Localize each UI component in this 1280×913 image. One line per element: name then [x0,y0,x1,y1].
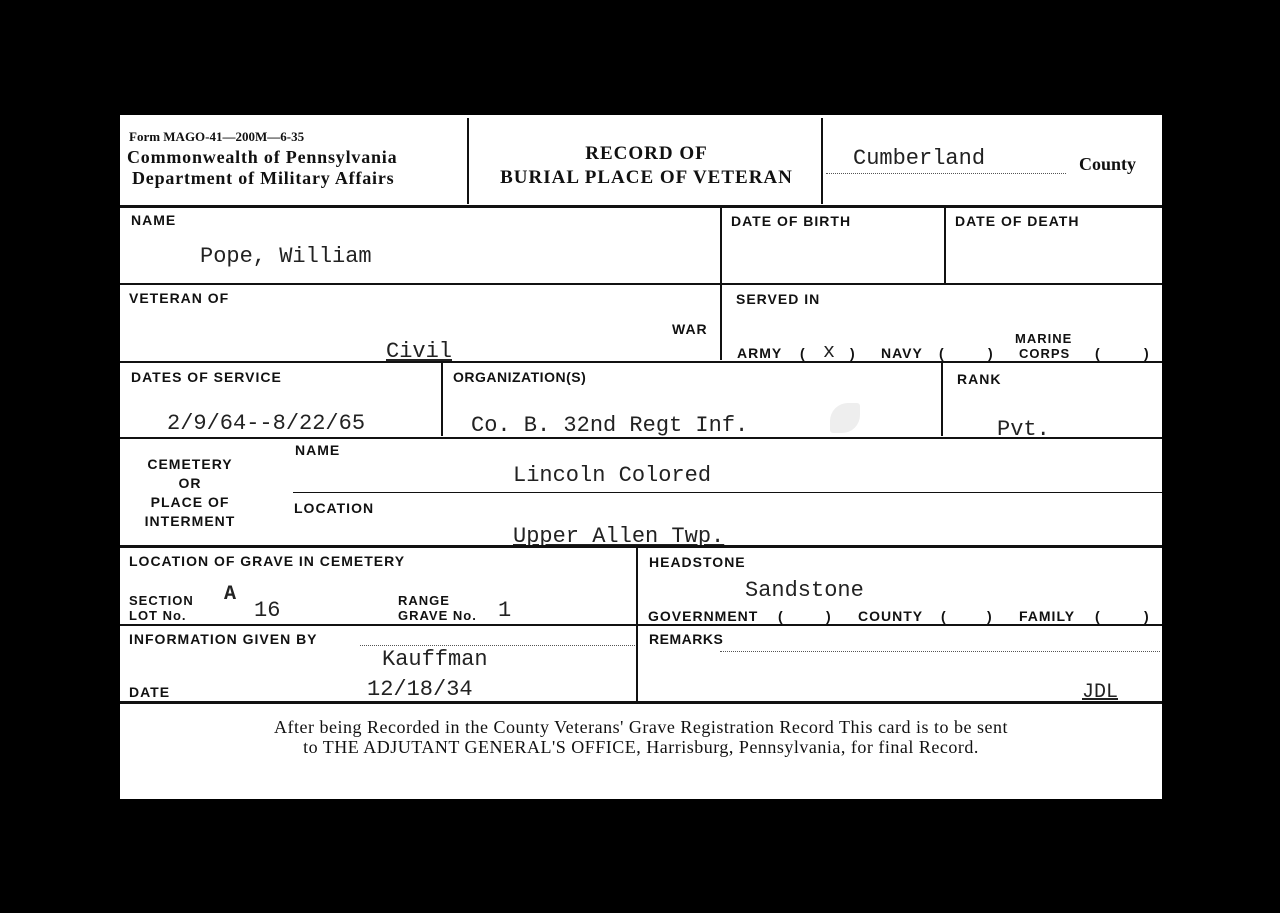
navy-label: NAVY [881,345,923,361]
family-paren-open: ( [1095,608,1101,624]
burial-record-card: Form MAGO-41—200M—6-35 Commonwealth of P… [120,115,1162,799]
cemetery-label-line-3: PLACE OF [130,494,250,510]
cemetery-name-label: NAME [295,442,340,458]
divider [120,545,1162,548]
organization-value[interactable]: Co. B. 32nd Regt Inf. [471,413,748,438]
army-paren-close: ) [850,345,856,361]
marine-paren-open: ( [1095,345,1101,361]
dates-of-service-value[interactable]: 2/9/64--8/22/65 [167,411,365,436]
county-paren-open: ( [941,608,947,624]
instructions-line-2: to THE ADJUTANT GENERAL'S OFFICE, Harris… [120,737,1162,758]
government-paren-open: ( [778,608,784,624]
navy-paren-close: ) [988,345,994,361]
cemetery-location-label: LOCATION [294,500,374,516]
information-given-by-label: INFORMATION GIVEN BY [129,631,318,647]
marine-label-line-2: CORPS [1019,347,1070,360]
county-paren-close: ) [987,608,993,624]
divider [120,624,1162,626]
marine-checkbox[interactable] [1110,341,1134,361]
information-given-by-value[interactable]: Kauffman [382,647,488,672]
name-value[interactable]: Pope, William [200,244,372,269]
army-label: ARMY [737,345,782,361]
county-checkbox[interactable] [954,604,984,622]
cemetery-name-value[interactable]: Lincoln Colored [513,463,711,488]
divider [821,118,823,204]
grave-number-label: GRAVE No. [398,609,477,622]
grave-number-value[interactable]: 1 [498,598,511,623]
county-headstone-label: COUNTY [858,608,923,624]
served-in-label: SERVED IN [736,291,820,307]
divider [120,437,1162,439]
date-of-birth-label: DATE OF BIRTH [731,213,851,229]
form-number: Form MAGO-41—200M—6-35 [129,129,304,145]
veteran-of-label: VETERAN OF [129,290,229,306]
headstone-label: HEADSTONE [649,554,746,570]
dates-of-service-label: DATES OF SERVICE [131,369,282,385]
divider [120,701,1162,704]
army-paren-open: ( [800,345,806,361]
section-label: SECTION [129,594,194,607]
form-title-line-1: RECORD OF [469,143,824,165]
remarks-value[interactable] [660,655,1140,679]
divider [441,363,443,436]
organization-label: ORGANIZATION(S) [453,369,586,385]
war-label: WAR [672,321,708,337]
marine-paren-close: ) [1144,345,1150,361]
date-label: DATE [129,684,170,700]
government-paren-close: ) [826,608,832,624]
cemetery-label-line-1: CEMETERY [130,456,250,472]
section-value[interactable]: A [224,583,236,606]
divider [944,207,946,283]
grave-location-label: LOCATION OF GRAVE IN CEMETERY [129,553,405,569]
family-paren-close: ) [1144,608,1150,624]
lot-value[interactable]: 16 [254,598,280,623]
date-value[interactable]: 12/18/34 [367,677,473,702]
form-title-line-2: BURIAL PLACE OF VETERAN [469,167,824,189]
cemetery-label-line-2: OR [130,475,250,491]
agency-line-1: Commonwealth of Pennsylvania [127,147,397,168]
leaf-watermark-icon [830,403,860,433]
information-underline [360,645,635,646]
lot-label: LOT No. [129,609,187,622]
agency-line-2: Department of Military Affairs [132,168,394,189]
marine-label-line-1: MARINE [1015,332,1072,345]
rank-label: RANK [957,371,1001,387]
headstone-value[interactable]: Sandstone [745,578,864,603]
range-label: RANGE [398,594,450,607]
remarks-underline [720,651,1160,652]
name-label: NAME [131,212,176,228]
navy-paren-open: ( [939,345,945,361]
divider [120,205,1162,208]
divider [293,492,1162,493]
divider [120,283,1162,285]
county-value[interactable]: Cumberland [853,146,985,171]
government-checkbox[interactable] [790,604,820,622]
government-label: GOVERNMENT [648,608,758,624]
remarks-label: REMARKS [649,631,723,647]
divider [120,361,1162,363]
family-label: FAMILY [1019,608,1075,624]
date-of-death-label: DATE OF DEATH [955,213,1079,229]
instructions-line-1: After being Recorded in the County Veter… [120,717,1162,738]
navy-checkbox[interactable] [958,341,982,361]
cemetery-label-line-4: INTERMENT [130,513,250,529]
family-checkbox[interactable] [1110,604,1140,622]
divider [941,363,943,436]
county-label: County [1079,154,1136,175]
county-underline [826,173,1066,174]
